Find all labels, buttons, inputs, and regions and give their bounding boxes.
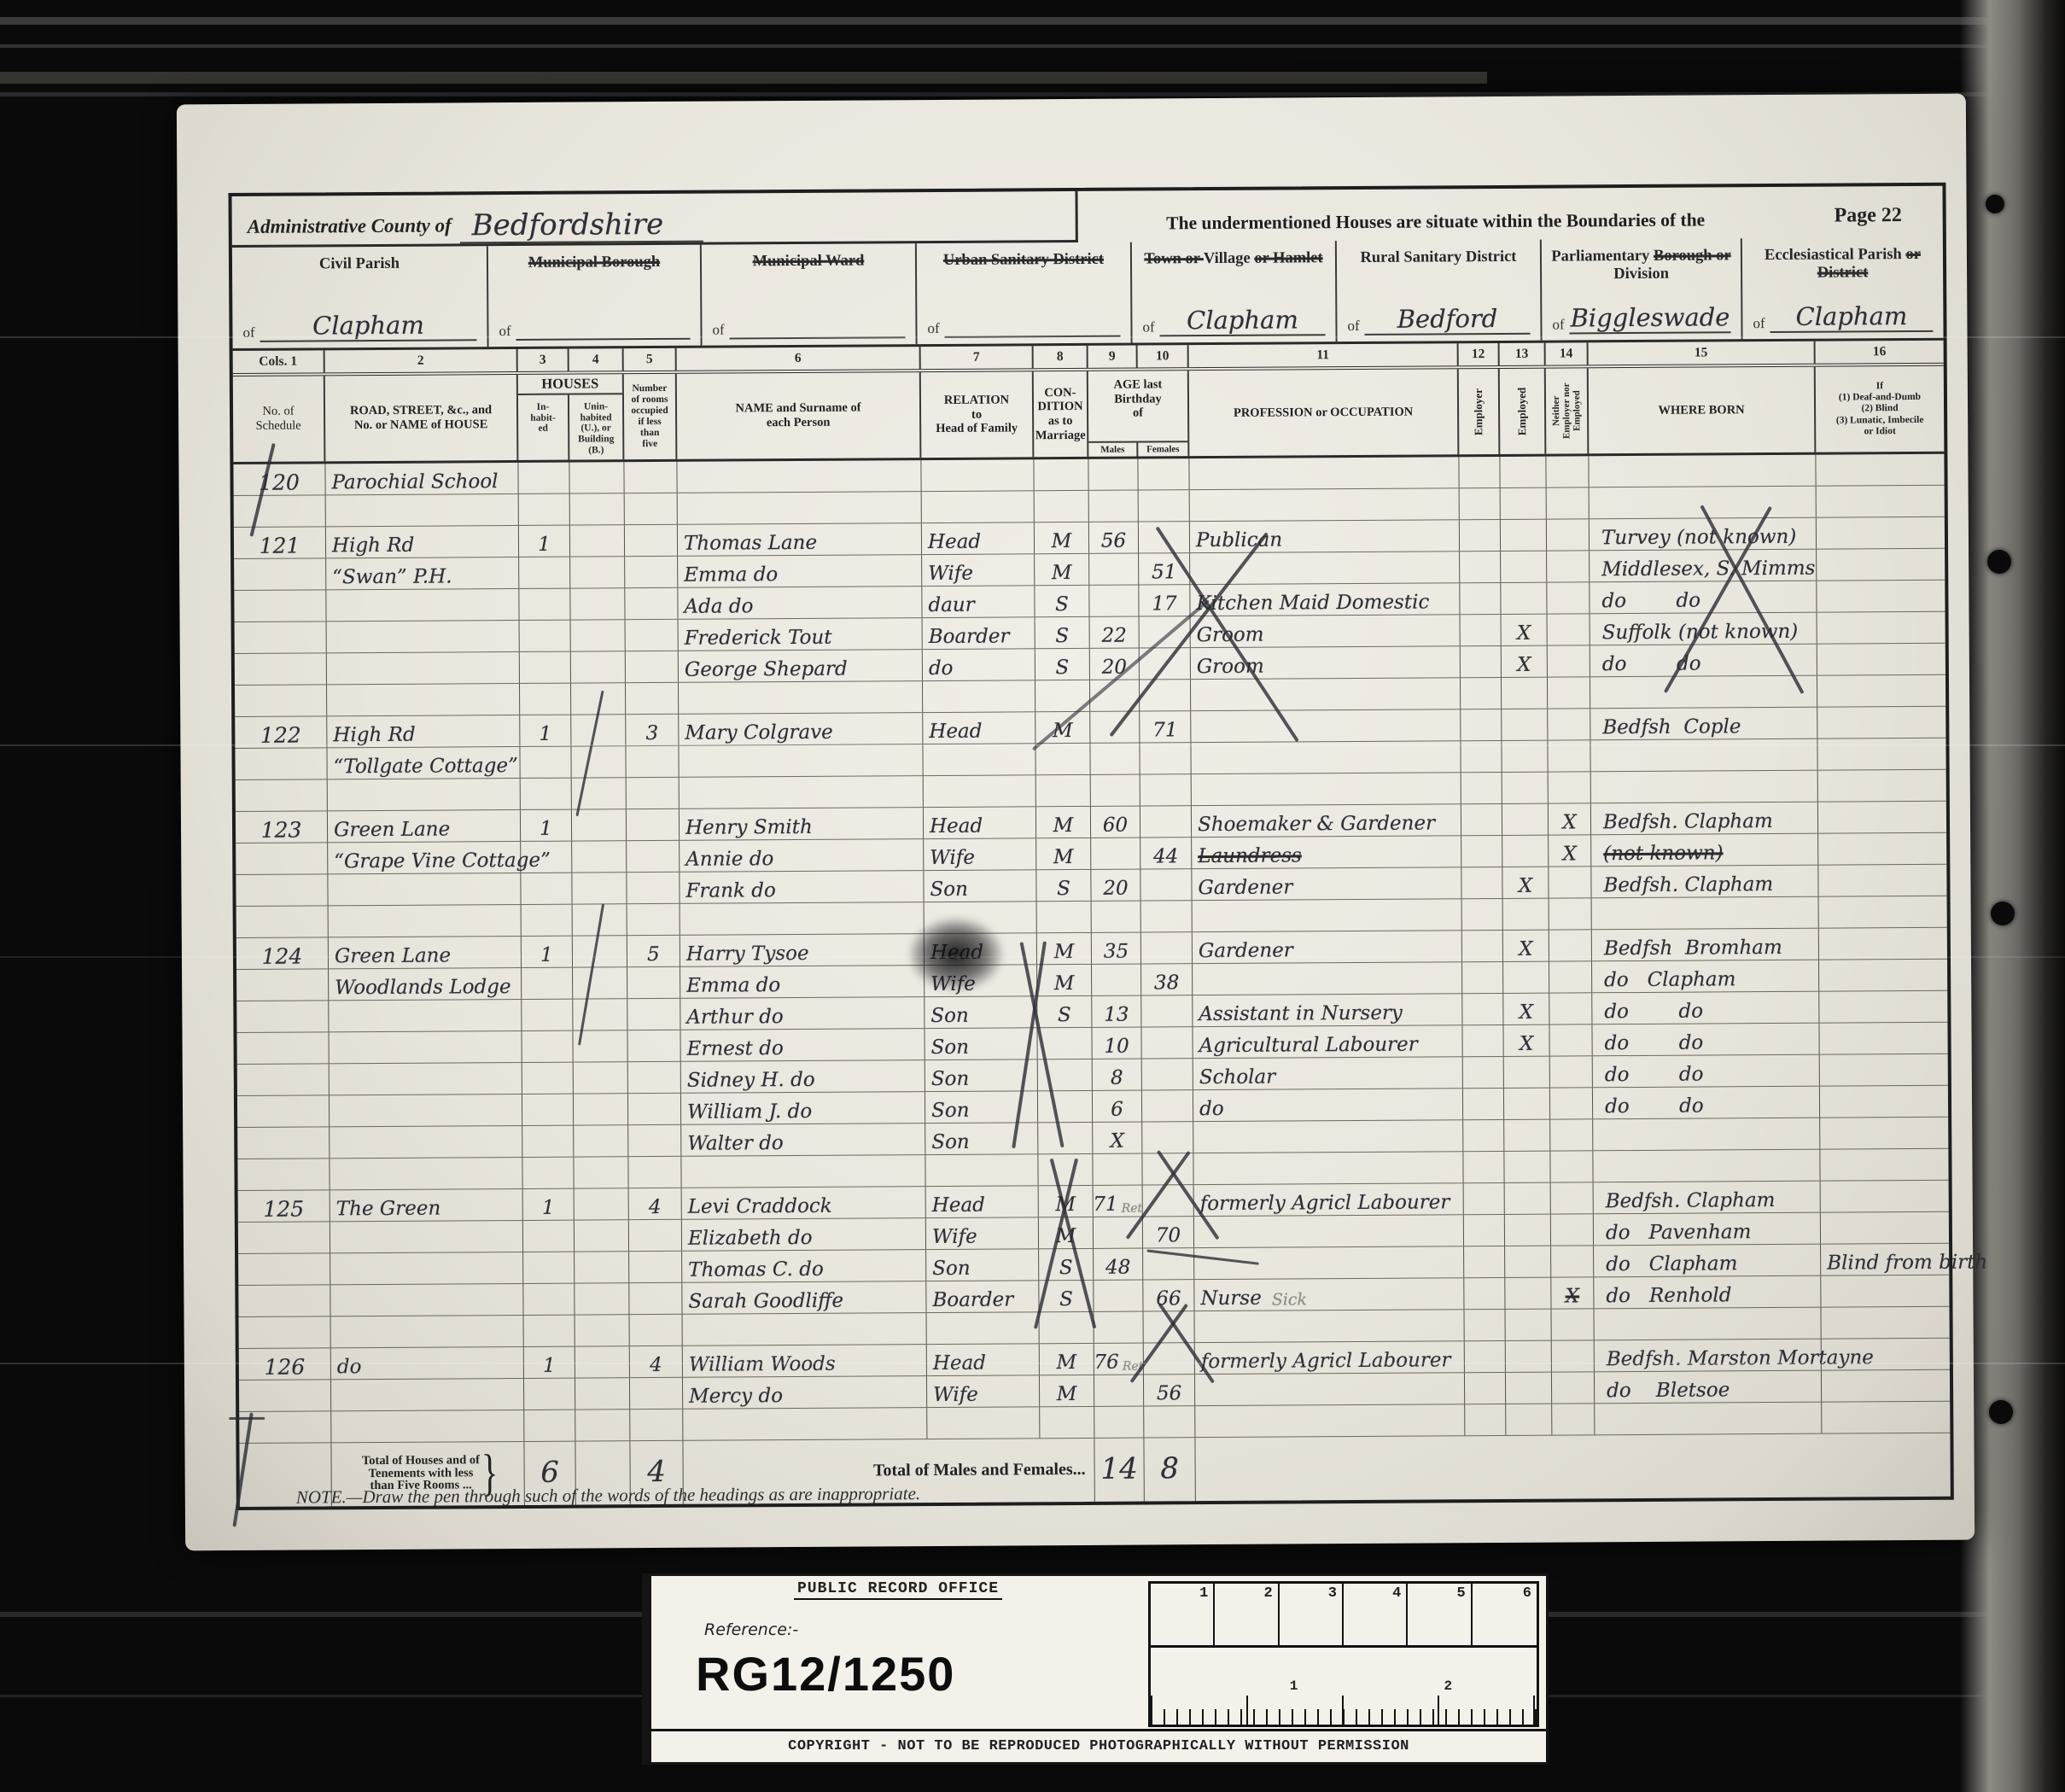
cell-name: Harry Tysoe (680, 934, 925, 966)
cell-name: Elizabeth do (682, 1218, 926, 1251)
situate-line: The undermentioned Houses are situate wi… (1077, 187, 1793, 242)
cell-rooms (630, 1410, 683, 1440)
cell-rooms (630, 1315, 683, 1345)
cell-road (327, 652, 520, 684)
cell-road (330, 1284, 523, 1316)
cell-occ: Agricultural Labourer (1193, 1025, 1462, 1058)
cell-born (1593, 1118, 1820, 1151)
entry-name: Sidney H. do (687, 1071, 815, 1091)
entry-rel: Boarder (929, 627, 1010, 647)
column-number: 6 (677, 347, 921, 371)
cell-am (1088, 459, 1138, 490)
column-number: 10 (1138, 345, 1189, 367)
column-number: 16 (1816, 341, 1944, 364)
cell-c13 (1500, 457, 1546, 487)
cell-sched (239, 1316, 331, 1348)
cell-inh: 1 (522, 937, 573, 967)
cell-c12 (1461, 836, 1502, 867)
cell-name (683, 1313, 927, 1345)
cell-rooms (627, 809, 680, 840)
cell-sched (238, 1253, 330, 1285)
cell-road: The Green (330, 1189, 523, 1221)
cell-c13 (1504, 1057, 1550, 1088)
cell-am: 22 (1090, 617, 1140, 648)
cell-occ (1192, 773, 1461, 805)
entry-c13: X (1517, 656, 1531, 675)
cell-infirm (1817, 486, 1945, 517)
column-number: 5 (624, 348, 677, 371)
cell-sched: 121 (234, 527, 326, 558)
cell-c12 (1465, 1373, 1506, 1404)
cell-sched (237, 1127, 330, 1159)
cell-sched (236, 969, 329, 1001)
punch-hole (1986, 195, 2004, 213)
entry-cond: M (1056, 1227, 1076, 1246)
cell-af: 66 (1143, 1280, 1194, 1310)
cell-rooms (626, 651, 679, 682)
cell-infirm (1821, 1212, 1949, 1244)
cell-cond: M (1039, 1217, 1094, 1248)
cell-af (1144, 1343, 1195, 1374)
cell-occ: do (1193, 1089, 1463, 1121)
cell-c13: X (1503, 994, 1549, 1024)
cell-rooms (627, 1030, 680, 1061)
cell-uninh (575, 1346, 630, 1377)
entry-sched: 124 (262, 946, 303, 967)
cell-occ: Shoemaker & Gardener (1192, 804, 1461, 837)
cell-af: 38 (1141, 964, 1193, 995)
census-form-frame: Administrative County of Bedfordshire Th… (228, 183, 1953, 1510)
cell-cond: S (1039, 1281, 1094, 1311)
entry-name: Emma do (686, 976, 780, 996)
cell-rooms (627, 778, 680, 808)
of-word: of (1552, 316, 1564, 334)
district-band: Civil ParishofClaphamMunicipal Boroughof… (232, 237, 1944, 351)
cell-rooms (628, 1125, 681, 1156)
cell-name: Thomas C. do (682, 1250, 926, 1282)
cell-inh (522, 968, 573, 999)
ruler-number: 6 (1523, 1585, 1531, 1602)
cell-cond (1034, 459, 1088, 490)
cell-rooms (628, 1062, 681, 1093)
cell-af (1139, 522, 1190, 552)
cell-c12 (1463, 1120, 1504, 1151)
entry-cond: M (1057, 1353, 1077, 1373)
entry-sched: 126 (264, 1357, 305, 1378)
entry-am: 13 (1104, 1006, 1129, 1025)
cell-infirm: Blind from birth (1821, 1244, 1949, 1275)
cell-am (1090, 712, 1140, 743)
entry-c13: X (1519, 877, 1533, 896)
cell-born: Middlesex, S. Mimms (1590, 550, 1817, 582)
cell-c13 (1505, 1310, 1551, 1340)
cell-rooms (628, 1157, 681, 1188)
col-header-employer: Employer (1459, 369, 1501, 454)
cell-rooms (630, 1378, 683, 1409)
cell-name: Mary Colgrave (679, 713, 923, 745)
cell-cond (1038, 1123, 1093, 1153)
entry-am: X (1111, 1132, 1125, 1152)
cell-c14 (1548, 677, 1590, 708)
cell-c14: X (1549, 835, 1591, 866)
cell-uninh (574, 1125, 628, 1156)
cell-am: 6 (1093, 1091, 1142, 1122)
cell-cond: M (1037, 965, 1092, 995)
cell-sched (238, 1285, 330, 1316)
cell-name (679, 681, 923, 714)
entry-c14: X (1566, 1287, 1580, 1306)
entry-cond: S (1057, 879, 1070, 899)
cell-rel: Wife (922, 554, 1035, 586)
cell-am: X (1093, 1123, 1142, 1153)
cell-rel: Head (926, 1186, 1039, 1217)
cell-infirm (1819, 1023, 1947, 1054)
entry-road: “Tollgate Cottage” (334, 756, 518, 777)
cell-occ: Gardener (1193, 931, 1462, 963)
cell-af (1142, 1090, 1193, 1121)
entry-am: 71 (1093, 1195, 1117, 1215)
cell-uninh (574, 1062, 628, 1093)
cell-uninh (575, 1283, 629, 1314)
cell-road (327, 684, 520, 715)
col-header-relation: RELATION to Head of Family (921, 371, 1035, 458)
cell-occ: Gardener (1192, 867, 1461, 900)
entry-rooms: 4 (650, 1356, 662, 1375)
cell-name: Arthur do (680, 997, 925, 1030)
entry-born: Suffolk (not known) (1602, 622, 1799, 643)
cell-born: do do (1592, 992, 1819, 1024)
cell-name: Sidney H. do (681, 1060, 925, 1093)
cell-rooms (628, 1094, 681, 1124)
entry-af: 17 (1152, 594, 1176, 614)
totals-males-value: 14 (1094, 1439, 1144, 1502)
cell-af (1140, 774, 1192, 805)
cell-cond: M (1039, 1186, 1094, 1217)
cell-inh (524, 1379, 575, 1410)
cell-infirm (1817, 644, 1945, 675)
cell-c14 (1549, 1024, 1592, 1055)
cell-cond (1036, 775, 1091, 806)
cell-am (1093, 1154, 1142, 1185)
col-header-rooms: Number of rooms occupied if less than fi… (624, 374, 678, 459)
cell-uninh (573, 967, 627, 998)
entry-occ: Assistant in Nursery (1199, 1004, 1403, 1024)
district-label: Town or (1144, 250, 1204, 267)
entry-cond: S (1058, 1006, 1071, 1025)
cell-af (1140, 680, 1191, 710)
entry-occ: formerly Agricl Labourer (1200, 1193, 1450, 1214)
cell-infirm (1818, 865, 1946, 896)
cell-am: 48 (1094, 1249, 1143, 1280)
cell-inh (522, 1000, 573, 1030)
entry-inh: 1 (542, 1199, 555, 1218)
cell-c14 (1547, 582, 1590, 613)
cell-name: Walter do (681, 1124, 925, 1156)
cell-c14 (1551, 1182, 1594, 1213)
entry-born: Bedfsh. Clapham (1603, 812, 1773, 832)
entry-name: Frank do (685, 881, 775, 902)
cell-cond: M (1040, 1344, 1094, 1375)
cell-road (330, 1252, 523, 1284)
cell-cond: S (1035, 617, 1090, 648)
cell-c13 (1502, 741, 1548, 772)
cell-infirm (1820, 1149, 1948, 1181)
cell-born (1595, 1403, 1822, 1435)
cell-road: do (331, 1347, 524, 1379)
entry-cond: S (1055, 658, 1069, 678)
cell-uninh (573, 936, 627, 966)
ruler-number: 1 (1199, 1585, 1208, 1602)
entry-rel: Wife (930, 975, 976, 995)
cell-infirm (1817, 612, 1945, 644)
cell-occ: Kitchen Maid Domestic (1190, 583, 1460, 616)
cell-c13 (1504, 1120, 1550, 1151)
cell-infirm (1819, 991, 1947, 1023)
entry-name: Mercy do (689, 1386, 783, 1407)
entry-am: 22 (1101, 627, 1126, 646)
entry-occ: Gardener (1199, 941, 1293, 961)
cell-cond (1038, 1091, 1093, 1122)
cell-infirm (1817, 707, 1945, 738)
cell-road: High Rd (327, 715, 520, 747)
cell-inh (521, 842, 572, 873)
cell-occ: Publican (1190, 520, 1460, 552)
column-number: 12 (1459, 343, 1500, 365)
cell-uninh (575, 1378, 630, 1409)
entry-am: 35 (1104, 943, 1129, 962)
cell-cond: S (1035, 586, 1089, 616)
census-page: Administrative County of Bedfordshire Th… (177, 94, 1975, 1551)
cell-infirm (1822, 1370, 1950, 1402)
cell-am (1091, 775, 1140, 806)
cell-occ (1193, 1120, 1463, 1153)
cell-sched (236, 1032, 329, 1064)
entry-name: Emma do (684, 565, 778, 586)
district-label: Municipal Ward (753, 253, 865, 271)
ruler-cell: 6 (1473, 1584, 1537, 1645)
cell-c13 (1506, 1404, 1552, 1435)
cell-road (330, 1094, 522, 1126)
entry-rel: daur (928, 596, 974, 616)
ruler-number: 2 (1444, 1678, 1453, 1694)
cell-inh (519, 494, 570, 525)
cell-occ (1189, 457, 1459, 489)
cell-rel: daur (922, 586, 1035, 617)
entry-rel: Wife (933, 1386, 978, 1405)
cell-name (681, 1155, 925, 1188)
cell-infirm (1816, 454, 1944, 486)
cell-infirm (1821, 1181, 1949, 1212)
cell-c13: X (1503, 931, 1549, 961)
cell-inh (520, 621, 571, 651)
reference-label: Reference:- (704, 1620, 798, 1639)
cell-rooms (629, 1283, 682, 1314)
film-streak (0, 44, 2065, 48)
cell-c12 (1461, 678, 1502, 709)
cell-infirm (1822, 1402, 1950, 1433)
cell-name: Thomas Lane (678, 523, 922, 556)
cell-cond: M (1035, 522, 1089, 553)
cell-road (331, 1379, 524, 1410)
cell-sched: 123 (236, 811, 328, 843)
reference-panel: PUBLIC RECORD OFFICE Reference:- RG12/12… (642, 1573, 1549, 1765)
cell-af: 56 (1144, 1375, 1195, 1405)
column-number: 11 (1189, 343, 1459, 367)
entry-road: Woodlands Lodge (335, 978, 511, 998)
cell-cond (1035, 680, 1090, 711)
entry-c14: X (1562, 844, 1577, 864)
entry-af: 56 (1157, 1384, 1181, 1404)
cell-name: Levi Craddock (682, 1187, 926, 1219)
column-number: 13 (1500, 343, 1546, 365)
entry-born: do do (1605, 1097, 1704, 1118)
cell-cond: S (1039, 1249, 1094, 1280)
cell-am (1091, 838, 1140, 869)
cell-road (329, 1000, 522, 1031)
cell-cond: S (1037, 996, 1092, 1027)
entry-name: William Woods (689, 1355, 836, 1375)
cell-infirm (1817, 517, 1945, 549)
cell-am (1094, 1281, 1143, 1311)
cell-sched (235, 748, 327, 779)
cell-born: Bedfsh. Marston Mortayne (1595, 1340, 1822, 1372)
age-annotation: Ret (1123, 1361, 1144, 1373)
microfilm-scan: { "header": { "admin_county_label": "Adm… (0, 0, 2065, 1792)
cell-uninh (573, 999, 627, 1030)
cell-uninh (575, 1315, 630, 1345)
cell-uninh (574, 1094, 628, 1124)
entry-af: 51 (1152, 563, 1176, 582)
entry-inh: 1 (540, 820, 552, 839)
cell-c14 (1551, 1246, 1594, 1276)
cell-rel (924, 775, 1036, 807)
cell-occ (1195, 1404, 1465, 1437)
cell-road (328, 779, 521, 810)
cell-rel: Wife (927, 1375, 1040, 1407)
cell-rel: Head (927, 1344, 1040, 1375)
cell-c14: X (1549, 803, 1591, 834)
cell-c12 (1461, 867, 1502, 898)
cell-cond: M (1037, 933, 1092, 964)
cell-c13 (1501, 488, 1547, 519)
cell-rel: Son (925, 1123, 1038, 1154)
cell-occ: Assistant in Nursery (1193, 994, 1462, 1026)
col-header-employed: Employed (1500, 369, 1547, 454)
entry-name: Mary Colgrave (685, 723, 833, 744)
cell-inh: 1 (519, 526, 570, 557)
cell-am (1092, 965, 1141, 995)
cell-af (1141, 932, 1193, 963)
entry-occ: Shoemaker & Gardener (1198, 814, 1435, 835)
cell-name: Ada do (678, 587, 922, 619)
cell-am: 76Ret (1094, 1344, 1144, 1375)
cell-inh (523, 1221, 575, 1252)
entry-road: High Rd (333, 726, 415, 746)
cell-born: do do (1590, 645, 1817, 677)
district-value (945, 334, 1121, 338)
ruler-cell: 5 (1408, 1584, 1472, 1645)
cell-uninh (571, 620, 626, 651)
ruler-number: 4 (1392, 1585, 1401, 1602)
district-box-1: Civil ParishofClapham (232, 246, 489, 348)
cell-name: William J. do (681, 1092, 925, 1124)
cell-rooms (626, 620, 679, 651)
cell-am: 56 (1089, 522, 1139, 553)
cell-cond: M (1035, 712, 1090, 743)
cell-c14 (1548, 614, 1590, 645)
cell-sched (239, 1411, 331, 1443)
entry-name: Sarah Goodliffe (688, 1292, 843, 1312)
cell-born: do Bletsoe (1595, 1371, 1822, 1404)
cell-am: 13 (1092, 996, 1141, 1027)
pro-office-title: PUBLIC RECORD OFFICE (651, 1580, 1145, 1597)
cell-c12 (1464, 1310, 1505, 1340)
cell-born: (not known) (1591, 834, 1818, 867)
district-value: Biggleswade (1569, 305, 1730, 334)
cell-rooms (626, 683, 679, 714)
cell-road (330, 1158, 522, 1189)
cell-af (1142, 1153, 1193, 1184)
entry-rel: do (929, 659, 954, 679)
cell-am: 60 (1091, 807, 1140, 838)
cell-c13 (1503, 962, 1549, 993)
entry-rel: Son (932, 1259, 971, 1279)
cell-uninh (571, 683, 626, 714)
entry-sched: 122 (260, 725, 301, 746)
cell-rooms (625, 493, 678, 524)
cell-born (1593, 1150, 1820, 1182)
cell-cond (1035, 744, 1090, 774)
cell-sched (237, 1159, 330, 1190)
cell-rooms (627, 841, 680, 872)
entry-born: do Renhold (1606, 1286, 1731, 1306)
entry-road: “Grape Vine Cottage” (334, 851, 551, 873)
of-word: of (927, 320, 939, 338)
cell-sched (236, 843, 328, 874)
admin-county-label: Administrative County of (248, 214, 452, 244)
cell-rel (923, 680, 1035, 712)
cell-rel: Son (926, 1249, 1039, 1281)
entry-cond: M (1055, 1195, 1076, 1215)
cell-af (1138, 458, 1189, 489)
entry-born: Bedfsh Cople (1602, 717, 1741, 738)
district-value (516, 336, 691, 341)
cell-uninh (574, 1157, 628, 1188)
ruler-number: 1 (1290, 1678, 1298, 1694)
cell-c12 (1460, 583, 1501, 614)
cell-cond: M (1036, 807, 1091, 838)
cell-uninh (572, 778, 627, 808)
of-word: of (1753, 315, 1765, 333)
cell-af (1141, 995, 1193, 1026)
cell-inh (523, 1284, 575, 1315)
cell-cond: M (1035, 554, 1089, 585)
cell-rel: do (923, 649, 1035, 680)
cell-c12 (1462, 962, 1503, 993)
cell-uninh (575, 1252, 629, 1282)
admin-county-box: Administrative County of Bedfordshire (232, 191, 1078, 248)
cell-occ: formerly Agricl Labourer (1195, 1341, 1465, 1374)
cell-af: 44 (1140, 838, 1192, 868)
cell-sched (238, 1222, 330, 1253)
cell-uninh (570, 588, 625, 619)
cell-c12 (1462, 1025, 1503, 1056)
cell-c12 (1464, 1215, 1505, 1246)
cell-rel (923, 744, 1035, 775)
cell-c12 (1464, 1246, 1505, 1277)
cell-cond: S (1035, 649, 1090, 680)
cell-infirm (1820, 1086, 1948, 1118)
